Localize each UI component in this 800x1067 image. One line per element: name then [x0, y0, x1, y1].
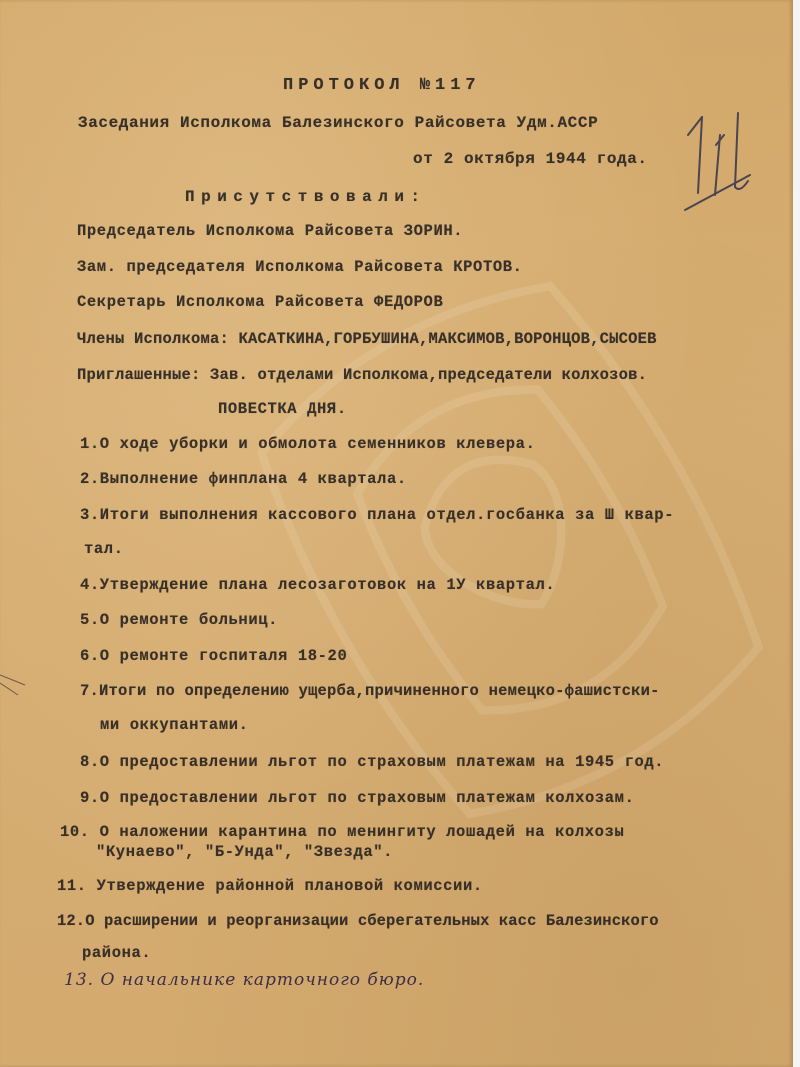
agenda-item-10: 10. О наложении карантина по менингиту л… [60, 823, 624, 841]
protocol-subtitle: Заседания Исполкома Балезинского Райсове… [78, 114, 598, 132]
protocol-date: от 2 октября 1944 года. [413, 150, 648, 168]
agenda-item-5: 5.О ремонте больниц. [80, 611, 278, 629]
attendee-invited: Приглашенные: Зав. отделами Исполкома,пр… [77, 366, 647, 384]
attendee-deputy: Зам. председателя Исполкома Райсовета КР… [77, 258, 523, 276]
agenda-item-12-cont: района. [82, 944, 151, 962]
agenda-item-3: 3.Итоги выполнения кассового плана отдел… [80, 506, 674, 524]
agenda-item-6: 6.О ремонте госпиталя 18-20 [80, 647, 347, 665]
agenda-item-3-cont: тал. [84, 540, 124, 558]
agenda-item-11: 11. Утверждение районной плановой комисс… [57, 877, 483, 895]
margin-scratch-mark [0, 665, 40, 705]
agenda-item-2: 2.Выполнение финплана 4 квартала. [80, 470, 407, 488]
agenda-item-12: 12.О расширении и реорганизации сберегат… [57, 912, 659, 930]
document-page: ПРОТОКОЛ №117 Заседания Исполкома Балези… [0, 0, 793, 1067]
agenda-item-4: 4.Утверждение плана лесозаготовок на 1У … [80, 576, 555, 594]
attendees-heading: Присутствовали: [185, 188, 427, 206]
handwritten-agenda-item-13: 13. О начальнике карточного бюро. [64, 970, 424, 990]
agenda-item-7-cont: ми оккупантами. [100, 716, 249, 734]
protocol-title: ПРОТОКОЛ №117 [283, 76, 481, 95]
handwritten-page-number [680, 105, 760, 215]
agenda-item-7: 7.Итоги по определению ущерба,причиненно… [80, 682, 660, 700]
attendee-chairman: Председатель Исполкома Райсовета ЗОРИН. [77, 222, 463, 240]
attendee-secretary: Секретарь Исполкома Райсовета ФЕДОРОВ [77, 293, 443, 311]
agenda-heading: ПОВЕСТКА ДНЯ. [218, 400, 347, 418]
agenda-item-1: 1.О ходе уборки и обмолота семенников кл… [80, 435, 535, 453]
agenda-item-10-cont: "Кунаево", "Б-Унда", "Звезда". [96, 843, 393, 861]
attendee-members: Члены Исполкома: КАСАТКИНА,ГОРБУШИНА,МАК… [77, 330, 657, 348]
archive-watermark [203, 228, 800, 871]
agenda-item-8: 8.О предоставлении льгот по страховым пл… [80, 753, 664, 771]
agenda-item-9: 9.О предоставлении льгот по страховым пл… [80, 789, 634, 807]
